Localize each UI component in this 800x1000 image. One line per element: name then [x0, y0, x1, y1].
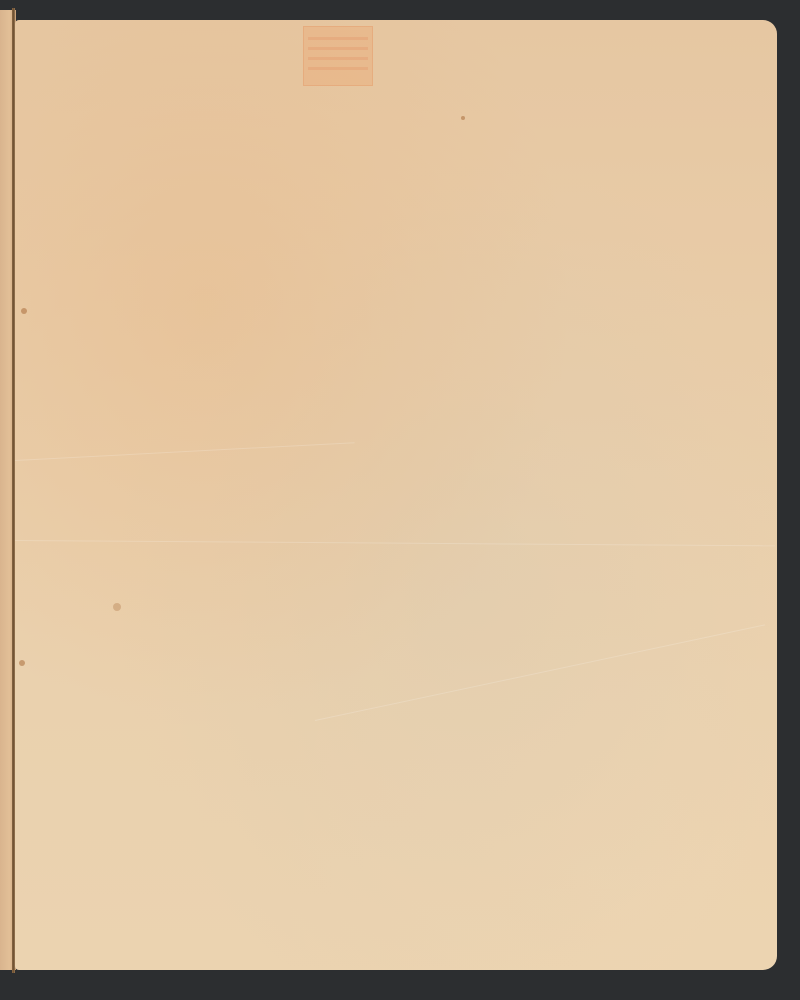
paper-crease: [15, 442, 355, 461]
library-stamp: [303, 26, 373, 86]
paper-crease: [315, 624, 765, 721]
stamp-caption: [301, 86, 375, 94]
foxing-spot: [21, 308, 27, 314]
paper-crease: [15, 540, 775, 546]
foxing-spot: [461, 116, 465, 120]
foxing-spot: [19, 660, 25, 666]
foxing-spot: [113, 603, 121, 611]
blank-page: [15, 20, 777, 970]
